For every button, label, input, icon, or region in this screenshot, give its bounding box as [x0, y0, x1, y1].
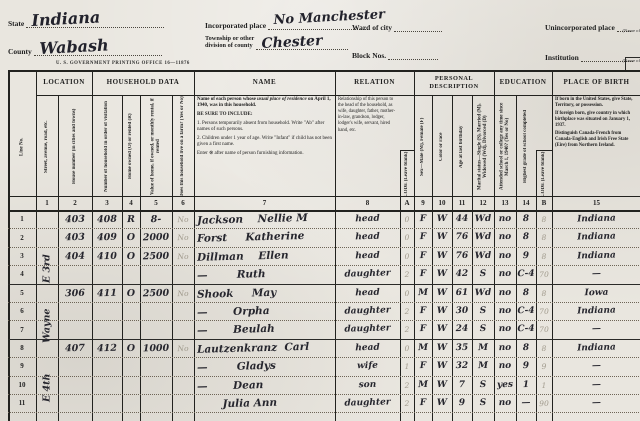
county-label: County — [8, 47, 32, 56]
cell-school: no — [494, 247, 516, 266]
cell-name: Julia Ann — [194, 392, 338, 414]
cell-age: 30 — [452, 302, 472, 321]
cell-codeA: 2 — [400, 375, 414, 394]
cell-birth: — — [552, 393, 640, 414]
line-number: 3 — [8, 247, 36, 265]
line-number: 6 — [8, 302, 36, 320]
cell-sex: F — [414, 210, 432, 229]
cell-race: W — [432, 247, 452, 266]
cell-age: 24 — [452, 320, 472, 339]
block-field: Block Nos. — [352, 42, 438, 60]
cell-grade: 8 — [516, 339, 536, 358]
cell-race: W — [432, 394, 452, 413]
cell-school: no — [494, 357, 516, 376]
colhead-owned-rented: Home owned (O) or rented (R) — [122, 95, 140, 198]
cell-house: 403 — [58, 210, 92, 229]
cell-race: W — [432, 320, 452, 339]
cell-value: 1000 — [140, 338, 172, 357]
column-number: 15 — [552, 196, 640, 210]
colhead-household-number: Number of household in order of visitati… — [92, 95, 122, 198]
colhead-age: Age at last birthday — [452, 95, 472, 198]
cell-sex: M — [414, 339, 432, 358]
cell-codeB: 1 — [536, 375, 552, 394]
cell-grade: 8 — [516, 228, 536, 247]
printing-office-note: U. S. GOVERNMENT PRINTING OFFICE 16—1187… — [56, 61, 190, 66]
cell-sex: F — [414, 228, 432, 247]
colhead-marital-status: Marital status—Single (S), Married (M), … — [472, 95, 494, 198]
unincorporated-place-label: Unincorporated place — [545, 23, 615, 32]
cell-farm: No — [172, 339, 194, 358]
cell-marital: Wd — [472, 210, 494, 229]
corner-box — [625, 57, 640, 71]
cell-hh: 408 — [92, 210, 122, 229]
column-number: B — [536, 196, 552, 210]
cell-codeA: 0 — [400, 228, 414, 247]
state-label: State — [8, 19, 24, 28]
cell-grade: 8 — [516, 283, 536, 302]
cell-school: no — [494, 394, 516, 413]
street-name: E 3rd — [37, 246, 57, 292]
cell-codeA: 2 — [400, 320, 414, 339]
cell-birth: — — [552, 319, 640, 340]
cell-grade: 8 — [516, 210, 536, 229]
group-personal-description: PERSONAL DESCRIPTION — [414, 70, 494, 95]
cell-house: 404 — [58, 246, 92, 265]
cell-birth: Iowa — [552, 282, 640, 303]
cell-house: 403 — [58, 228, 92, 247]
cell-relation: daughter — [335, 320, 400, 340]
line-number: 2 — [8, 228, 36, 246]
cell-birth: — — [552, 264, 640, 285]
cell-own: O — [122, 339, 140, 358]
cell-own: O — [122, 247, 140, 266]
column-number: 13 — [494, 196, 516, 210]
cell-school: no — [494, 210, 516, 229]
cell-relation: daughter — [335, 301, 400, 321]
street-name: E 4th — [37, 361, 57, 414]
county-field: CountyWabash — [8, 38, 162, 56]
column-number: 2 — [58, 196, 92, 210]
colhead-line-no: Line No. — [9, 95, 36, 198]
cell-school: no — [494, 302, 516, 321]
cell-school: no — [494, 228, 516, 247]
cell-hh: 410 — [92, 246, 122, 265]
birthplace-column-instructions: If born in the United States, give State… — [552, 95, 640, 196]
column-number: 5 — [140, 196, 172, 210]
cell-codeB: 9 — [536, 357, 552, 376]
group-relation: RELATION — [335, 70, 414, 95]
group-education: EDUCATION — [494, 70, 552, 95]
cell-age: 42 — [452, 265, 472, 284]
column-number: 4 — [122, 196, 140, 210]
cell-race: W — [432, 228, 452, 247]
cell-codeB: 8 — [536, 339, 552, 358]
cell-codeB: 70 — [536, 265, 552, 284]
cell-relation: head — [335, 338, 400, 358]
colhead-code-b: CODE (Leave blank) — [536, 150, 552, 198]
cell-grade: — — [516, 394, 536, 413]
cell-race: W — [432, 339, 452, 358]
line-number: 4 — [8, 265, 36, 283]
grid-hline — [8, 70, 640, 72]
line-number: 1 — [8, 210, 36, 228]
line-number: 10 — [8, 376, 36, 394]
colhead-race: Color or race — [432, 95, 452, 198]
cell-farm: No — [172, 210, 194, 229]
cell-age: 32 — [452, 357, 472, 376]
cell-farm: No — [172, 283, 194, 302]
cell-race: W — [432, 210, 452, 229]
column-number: 1 — [36, 196, 58, 210]
state-value: Indiana — [31, 7, 101, 30]
township-value: Chester — [262, 33, 324, 52]
cell-codeB: 8 — [536, 210, 552, 229]
census-sheet: StateIndiana CountyWabash Incorporated p… — [0, 0, 640, 421]
cell-grade: 9 — [516, 247, 536, 266]
cell-codeB: 70 — [536, 320, 552, 339]
cell-relation: daughter — [335, 393, 400, 413]
incorporated-place-label: Incorporated place — [205, 21, 266, 30]
cell-marital: Wd — [472, 283, 494, 302]
ward-field: Ward of city — [352, 14, 442, 32]
cell-sex: F — [414, 247, 432, 266]
cell-codeA: 2 — [400, 265, 414, 284]
cell-birth: — — [552, 356, 640, 377]
cell-school: no — [494, 283, 516, 302]
cell-marital: Wd — [472, 228, 494, 247]
cell-marital: S — [472, 375, 494, 394]
cell-relation: head — [335, 228, 400, 248]
cell-grade: 9 — [516, 357, 536, 376]
relation-column-instructions: Relationship of this person to the head … — [335, 95, 400, 196]
column-number: A — [400, 196, 414, 210]
cell-grade: C-4 — [516, 265, 536, 284]
cell-codeA: 2 — [400, 394, 414, 413]
cell-farm: No — [172, 228, 194, 247]
county-value: Wabash — [39, 35, 109, 58]
line-number: 11 — [8, 394, 36, 412]
colhead-sex: Sex—Male (M), Female (F) — [414, 95, 432, 198]
colhead-code-a: CODE (Leave blank) — [400, 150, 414, 198]
cell-value: 2500 — [140, 246, 172, 265]
cell-marital: M — [472, 357, 494, 376]
cell-sex: M — [414, 375, 432, 394]
cell-race: W — [432, 265, 452, 284]
line-number: 7 — [8, 320, 36, 338]
cell-birth: Indiana — [552, 227, 640, 248]
cell-value: 2500 — [140, 283, 172, 302]
group-place-of-birth: PLACE OF BIRTH — [552, 70, 640, 95]
line-number: 9 — [8, 357, 36, 375]
colhead-attended-school: Attended school or college any time sinc… — [494, 95, 516, 198]
cell-sex: F — [414, 357, 432, 376]
column-number: 14 — [516, 196, 536, 210]
cell-sex: F — [414, 265, 432, 284]
cell-house: 306 — [58, 283, 92, 302]
cell-relation: head — [335, 283, 400, 303]
cell-hh: 412 — [92, 338, 122, 357]
cell-own: R — [122, 210, 140, 229]
column-number: 8 — [335, 196, 400, 210]
column-number: 3 — [92, 196, 122, 210]
grid-hline — [36, 95, 640, 96]
column-number: 10 — [432, 196, 452, 210]
cell-relation: wife — [335, 356, 400, 376]
cell-relation: head — [335, 246, 400, 266]
cell-house: 407 — [58, 338, 92, 357]
cell-codeB: 8 — [536, 228, 552, 247]
cell-school: no — [494, 320, 516, 339]
cell-codeA: 0 — [400, 247, 414, 266]
cell-codeA: 0 — [400, 210, 414, 229]
line-number: 8 — [8, 339, 36, 357]
cell-grade: C-4 — [516, 320, 536, 339]
cell-marital: Wd — [472, 247, 494, 266]
institution-label: Institution — [545, 53, 579, 62]
cell-marital: S — [472, 302, 494, 321]
cell-relation: daughter — [335, 264, 400, 284]
cell-codeB: 90 — [536, 394, 552, 413]
colhead-street: Street, avenue, road, etc. — [36, 95, 58, 198]
colhead-highest-grade: Highest grade of school completed — [516, 95, 536, 198]
cell-birth: — — [552, 374, 640, 395]
column-number: 12 — [472, 196, 494, 210]
cell-race: W — [432, 357, 452, 376]
cell-codeB: 8 — [536, 283, 552, 302]
cell-codeB: 70 — [536, 302, 552, 321]
cell-codeA: 2 — [400, 302, 414, 321]
column-number — [8, 196, 36, 210]
cell-codeA: 1 — [400, 357, 414, 376]
cell-hh: 409 — [92, 228, 122, 247]
cell-grade: C-4 — [516, 302, 536, 321]
colhead-home-value: Value of home, if owned, or monthly rent… — [140, 95, 172, 198]
column-number: 11 — [452, 196, 472, 210]
cell-codeA: 0 — [400, 283, 414, 302]
group-household-data: HOUSEHOLD DATA — [92, 70, 194, 95]
state-field: StateIndiana — [8, 10, 164, 28]
cell-age: 76 — [452, 247, 472, 266]
cell-marital: S — [472, 394, 494, 413]
group-name: NAME — [194, 70, 335, 95]
cell-marital: S — [472, 320, 494, 339]
group-location: LOCATION — [36, 70, 92, 95]
cell-sex: F — [414, 302, 432, 321]
cell-age: 35 — [452, 339, 472, 358]
unincorporated-place-sublabel: (Name of — [623, 28, 640, 33]
block-label: Block Nos. — [352, 51, 386, 60]
cell-age: 9 — [452, 394, 472, 413]
ward-label: Ward of city — [352, 23, 392, 32]
cell-codeB: 8 — [536, 247, 552, 266]
cell-marital: M — [472, 339, 494, 358]
line-number: 5 — [8, 284, 36, 302]
cell-hh: 411 — [92, 283, 122, 302]
cell-sex: F — [414, 320, 432, 339]
cell-codeA: 0 — [400, 339, 414, 358]
township-label: Township or otherdivision of county — [205, 36, 254, 50]
cell-race: W — [432, 283, 452, 302]
cell-grade: 1 — [516, 375, 536, 394]
cell-age: 76 — [452, 228, 472, 247]
column-number: 6 — [172, 196, 194, 210]
cell-sex: M — [414, 283, 432, 302]
street-name: Wayne — [37, 292, 57, 360]
cell-race: W — [432, 375, 452, 394]
cell-value: 8- — [140, 210, 172, 229]
column-number: 9 — [414, 196, 432, 210]
township-field: Township or otherdivision of countyChest… — [205, 32, 348, 50]
name-column-instructions: Name of each person whose usual place of… — [194, 95, 335, 196]
cell-relation: son — [335, 375, 400, 395]
cell-value: 2000 — [140, 228, 172, 247]
incorporated-place-field: Incorporated placeNo Manchester — [205, 12, 368, 30]
cell-age: 44 — [452, 210, 472, 229]
cell-sex: F — [414, 394, 432, 413]
unincorporated-place-field: Unincorporated place (Name of — [545, 14, 640, 32]
cell-marital: S — [472, 265, 494, 284]
cell-own: O — [122, 228, 140, 247]
cell-race: W — [432, 302, 452, 321]
cell-relation: head — [335, 209, 400, 229]
cell-farm: No — [172, 247, 194, 266]
colhead-farm: Does this household live on a farm? (Yes… — [172, 95, 194, 198]
cell-age: 61 — [452, 283, 472, 302]
cell-school: no — [494, 265, 516, 284]
cell-school: yes — [494, 375, 516, 394]
row-separator — [8, 412, 640, 413]
cell-age: 7 — [452, 375, 472, 394]
cell-own: O — [122, 283, 140, 302]
cell-school: no — [494, 339, 516, 358]
colhead-house-number: House number (in cities and towns) — [58, 95, 92, 198]
